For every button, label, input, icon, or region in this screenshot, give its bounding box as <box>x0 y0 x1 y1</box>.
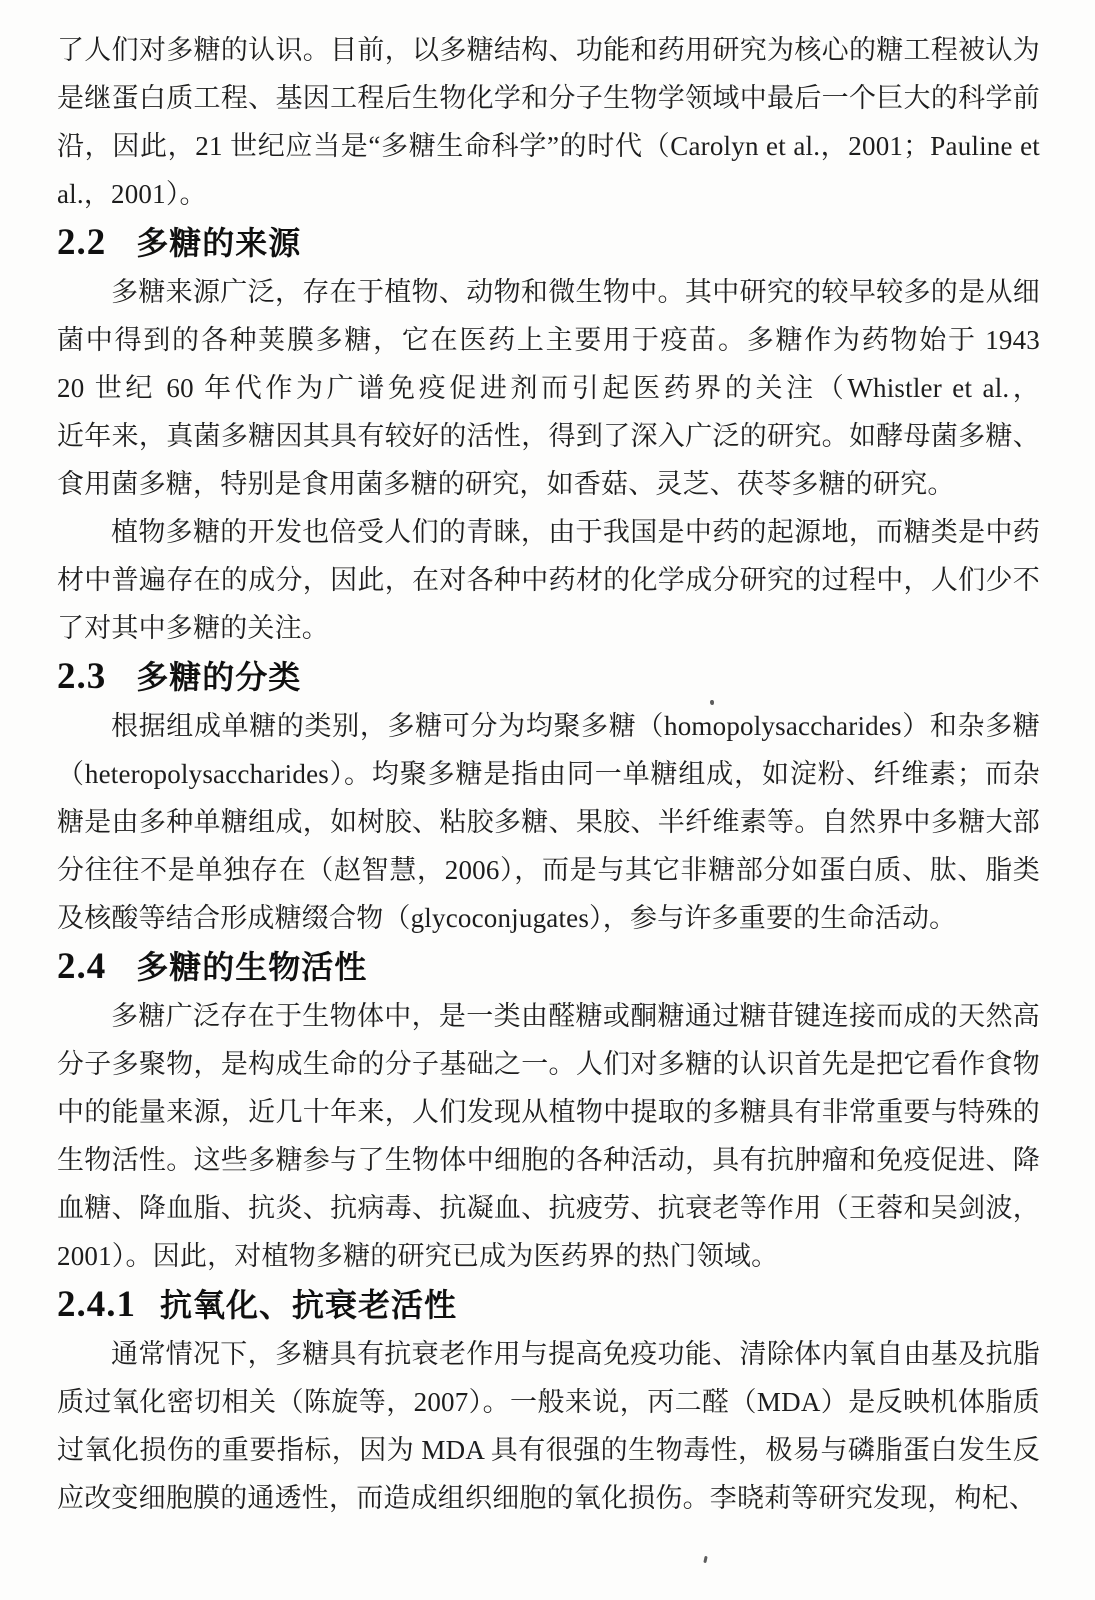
text-line: 材中普遍存在的成分，因此，在对各种中药材的化学成分研究的过程中，人们少不 <box>57 556 1040 604</box>
scan-speck <box>710 700 714 705</box>
text-line: 多糖来源广泛，存在于植物、动物和微生物中。其中研究的较早较多的是从细 <box>57 268 1040 316</box>
section-number: 2.2 <box>57 222 106 263</box>
text-line: 2001）。因此，对植物多糖的研究已成为医药界的热门领域。 <box>57 1232 1040 1280</box>
text-line: 是继蛋白质工程、基因工程后生物化学和分子生物学领域中最后一个巨大的科学前 <box>57 74 1040 122</box>
paragraph: 植物多糖的开发也倍受人们的青睐，由于我国是中药的起源地，而糖类是中药材中普遍存在… <box>57 508 1040 652</box>
document-content: 了人们对多糖的认识。目前，以多糖结构、功能和药用研究为核心的糖工程被认为是继蛋白… <box>57 26 1040 1522</box>
text-line: 食用菌多糖，特别是食用菌多糖的研究，如香菇、灵芝、茯苓多糖的研究。 <box>57 460 1040 508</box>
text-line: 分往往不是单独存在（赵智慧，2006），而是与其它非糖部分如蛋白质、肽、脂类以 <box>57 846 1040 894</box>
text-line: 菌中得到的各种荚膜多糖，它在医药上主要用于疫苗。多糖作为药物始于 1943 年， <box>57 316 1040 364</box>
section-heading: 2.2多糖的来源 <box>57 218 1040 268</box>
text-line: 分子多聚物，是构成生命的分子基础之一。人们对多糖的认识首先是把它看作食物 <box>57 1040 1040 1088</box>
text-line: 了人们对多糖的认识。目前，以多糖结构、功能和药用研究为核心的糖工程被认为 <box>57 26 1040 74</box>
paragraph: 根据组成单糖的类别，多糖可分为均聚多糖（homopolysaccharides）… <box>57 702 1040 942</box>
section-title: 多糖的分类 <box>136 658 301 696</box>
section-title: 多糖的来源 <box>136 224 301 262</box>
text-line: 沿，因此，21 世纪应当是“多糖生命科学”的时代（Carolyn et al.，… <box>57 122 1040 170</box>
text-line: 中的能量来源，近几十年来，人们发现从植物中提取的多糖具有非常重要与特殊的 <box>57 1088 1040 1136</box>
text-line: 及核酸等结合形成糖缀合物（glycoconjugates），参与许多重要的生命活… <box>57 894 1040 942</box>
text-line: 近年来，真菌多糖因其具有较好的活性，得到了深入广泛的研究。如酵母菌多糖、 <box>57 412 1040 460</box>
section-heading: 2.4.1抗氧化、抗衰老活性 <box>57 1280 1040 1330</box>
text-line: 植物多糖的开发也倍受人们的青睐，由于我国是中药的起源地，而糖类是中药 <box>57 508 1040 556</box>
text-line: 生物活性。这些多糖参与了生物体中细胞的各种活动，具有抗肿瘤和免疫促进、降 <box>57 1136 1040 1184</box>
section-number: 2.4 <box>57 946 106 987</box>
text-line: 通常情况下，多糖具有抗衰老作用与提高免疫功能、清除体内氧自由基及抗脂 <box>57 1330 1040 1378</box>
scan-speck <box>703 1556 707 1563</box>
text-line: 应改变细胞膜的通透性，而造成组织细胞的氧化损伤。李晓莉等研究发现，枸杞、 <box>57 1474 1040 1522</box>
section-heading: 2.4多糖的生物活性 <box>57 942 1040 992</box>
text-line: 血糖、降血脂、抗炎、抗病毒、抗凝血、抗疲劳、抗衰老等作用（王蓉和吴剑波， <box>57 1184 1040 1232</box>
paragraph: 多糖广泛存在于生物体中，是一类由醛糖或酮糖通过糖苷键连接而成的天然高分子多聚物，… <box>57 992 1040 1280</box>
text-line: 20 世纪 60 年代作为广谱免疫促进剂而引起医药界的关注（Whistler e… <box>57 364 1040 412</box>
text-line: （heteropolysaccharides）。均聚多糖是指由同一单糖组成，如淀… <box>57 750 1040 798</box>
text-line: al.，2001）。 <box>57 170 1040 218</box>
paragraph: 了人们对多糖的认识。目前，以多糖结构、功能和药用研究为核心的糖工程被认为是继蛋白… <box>57 26 1040 218</box>
text-line: 过氧化损伤的重要指标，因为 MDA 具有很强的生物毒性，极易与磷脂蛋白发生反 <box>57 1426 1040 1474</box>
section-number: 2.4.1 <box>57 1284 136 1325</box>
text-line: 根据组成单糖的类别，多糖可分为均聚多糖（homopolysaccharides）… <box>57 702 1040 750</box>
text-line: 糖是由多种单糖组成，如树胶、粘胶多糖、果胶、半纤维素等。自然界中多糖大部 <box>57 798 1040 846</box>
paragraph: 多糖来源广泛，存在于植物、动物和微生物中。其中研究的较早较多的是从细菌中得到的各… <box>57 268 1040 508</box>
document-page: 了人们对多糖的认识。目前，以多糖结构、功能和药用研究为核心的糖工程被认为是继蛋白… <box>0 0 1095 1600</box>
section-title: 多糖的生物活性 <box>136 948 367 986</box>
text-line: 了对其中多糖的关注。 <box>57 604 1040 652</box>
text-line: 多糖广泛存在于生物体中，是一类由醛糖或酮糖通过糖苷键连接而成的天然高 <box>57 992 1040 1040</box>
text-line: 质过氧化密切相关（陈旋等，2007）。一般来说，丙二醛（MDA）是反映机体脂质 <box>57 1378 1040 1426</box>
paragraph: 通常情况下，多糖具有抗衰老作用与提高免疫功能、清除体内氧自由基及抗脂质过氧化密切… <box>57 1330 1040 1522</box>
section-number: 2.3 <box>57 656 106 697</box>
section-heading: 2.3多糖的分类 <box>57 652 1040 702</box>
section-title: 抗氧化、抗衰老活性 <box>160 1286 457 1324</box>
